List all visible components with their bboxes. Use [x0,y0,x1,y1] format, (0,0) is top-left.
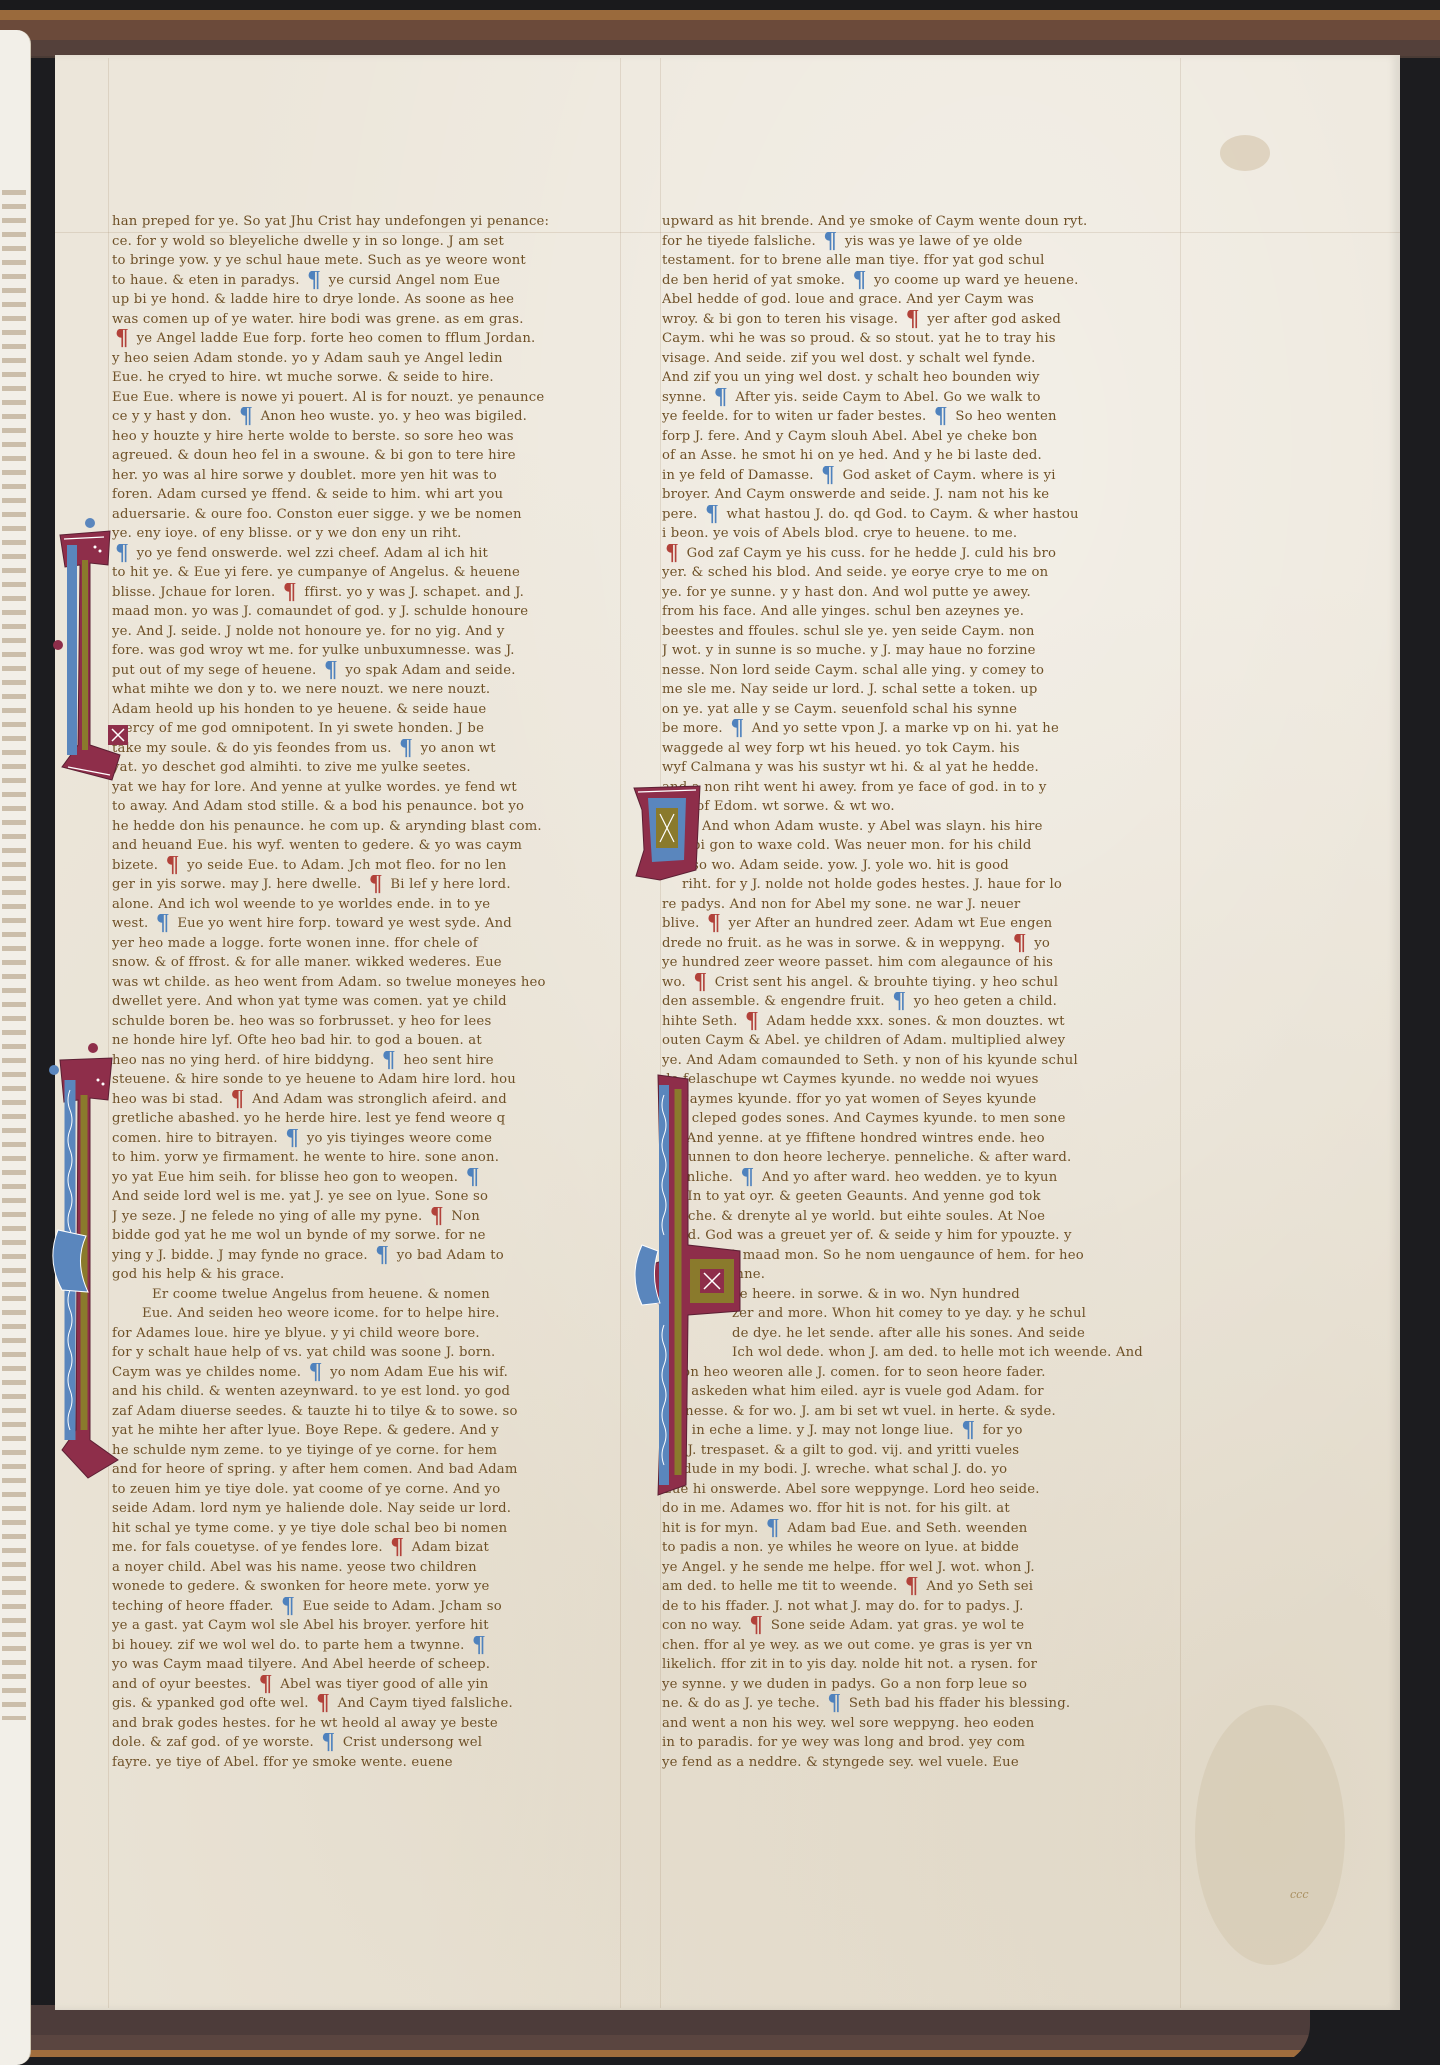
text-line: hihte Seth. ¶ Adam hedde xxx. sones. & m… [662,1012,1177,1032]
text-line: yo yat Eue him seih. for blisse heo gon … [112,1168,617,1188]
text-line: J wot. y in sunne is so muche. y J. may … [662,641,1177,661]
text-line: fore. was god wroy wt me. for yulke unbu… [112,641,617,661]
text-line: to away. And Adam stod stille. & a bod h… [112,797,617,817]
text-line: was comen up of ye water. hire bodi was … [112,310,617,330]
text-line: ye. for ye sunne. y y hast don. And wol … [662,583,1177,603]
text-line: con no way. ¶ Sone seide Adam. yat gras.… [662,1616,1177,1636]
paragraph-mark-icon: ¶ [821,468,835,482]
text-line: pere. ¶ what hastou J. do. qd God. to Ca… [662,505,1177,525]
text-line: so wo. Adam seide. yow. J. yole wo. hit … [662,856,1177,876]
text-line: was wt childe. as heo went from Adam. so… [112,973,617,993]
text-line: and a non riht went hi awey. from ye fac… [662,778,1177,798]
text-line: gretliche abashed. yo he herde hire. les… [112,1109,617,1129]
paragraph-mark-icon: ¶ [239,409,253,423]
text-line: west. ¶ Eue yo went hire forp. toward ye… [112,914,617,934]
text-line: ye hundred zeer weore passet. him com al… [662,953,1177,973]
text-line: den assemble. & engendre fruit. ¶ yo heo… [662,992,1177,1012]
text-line: in to paradis. for ye wey was long and b… [662,1733,1177,1753]
paragraph-mark-icon: ¶ [375,1248,389,1262]
text-line: Adam heold up his honden to ye heuene. &… [112,700,617,720]
text-line: Eue. he cryed to hire. wt muche sorwe. &… [112,368,617,388]
text-line: ¶ ye Angel ladde Eue forp. forte heo com… [112,329,617,349]
previous-page-edge [0,30,31,2065]
text-line: from his face. And alle yinges. schul be… [662,602,1177,622]
illuminated-initial-j [48,1040,130,1480]
text-line: riht. for y J. nolde not holde godes hes… [662,875,1177,895]
paragraph-mark-icon: ¶ [466,1170,480,1184]
text-line: put out of my sege of heuene. ¶ yo spak … [112,661,617,681]
text-line: ¶ yo ye fend onswerde. wel zzi cheef. Ad… [112,544,617,564]
text-line: to haue. & eten in paradys. ¶ ye cursid … [112,271,617,291]
text-line: for y schalt haue help of vs. yat child … [112,1343,617,1363]
text-line: maad mon. yo was J. comaundet of god. y … [112,602,617,622]
text-line: y heo seien Adam stonde. yo y Adam sauh … [112,349,617,369]
ruling-line [108,58,109,2008]
text-line: wroy. & bi gon to teren his visage. ¶ ye… [662,310,1177,330]
text-line: snow. & of ffrost. & for alle maner. wik… [112,953,617,973]
paragraph-mark-icon: ¶ [166,858,180,872]
text-line: And seide lord wel is me. yat J. ye see … [112,1187,617,1207]
text-line: lond of Edom. wt sorwe. & wt wo. [662,797,1177,817]
ruling-line [660,58,661,2008]
paragraph-mark-icon: ¶ [285,1131,299,1145]
text-line: and brak godes hestes. for he wt heold a… [112,1714,617,1734]
text-line: god his help & his grace. [112,1265,617,1285]
text-line: Eue. And seiden heo weore icome. for to … [112,1304,617,1324]
text-line: a noyer child. Abel was his name. yeose … [112,1558,617,1578]
paragraph-mark-icon: ¶ [714,390,728,404]
text-line: likelich. ffor zit in to yis day. nolde … [662,1655,1177,1675]
text-line: visage. And seide. zif you wel dost. y s… [662,349,1177,369]
text-line: broyer. And Caym onswerde and seide. J. … [662,485,1177,505]
paragraph-mark-icon: ¶ [321,1735,335,1749]
text-line: waggede al wey forp wt his heued. yo tok… [662,739,1177,759]
paragraph-mark-icon: ¶ [705,507,719,521]
text-line: be more. ¶ And yo sette vpon J. a marke … [662,719,1177,739]
text-line: outen Caym & Abel. ye children of Adam. … [662,1031,1177,1051]
text-line: alone. And ich wol weende to ye worldes … [112,895,617,915]
text-line: he schulde nym zeme. to ye tiyinge of ye… [112,1441,617,1461]
text-line: yo was Caym maad tilyere. And Abel heerd… [112,1655,617,1675]
text-line: of an Asse. he smot hi on ye hed. And y … [662,446,1177,466]
leather-binding-top [0,0,1440,58]
illuminated-initial-j [628,1065,748,1505]
paragraph-mark-icon: ¶ [309,1365,323,1379]
text-line: and heuand Eue. his wyf. wenten to geder… [112,836,617,856]
paragraph-mark-icon: ¶ [823,234,837,248]
text-line: drede no fruit. as he was in sorwe. & in… [662,934,1177,954]
paragraph-mark-icon: ¶ [827,1696,841,1710]
text-line: ger in yis sorwe. may J. here dwelle. ¶ … [112,875,617,895]
text-line: And zif you un ying wel dost. y schalt h… [662,368,1177,388]
text-line: ce y y hast y don. ¶ Anon heo wuste. yo.… [112,407,617,427]
stain [1195,1705,1345,1965]
text-line: ye Angel. y he sende me helpe. ffor wel … [662,1558,1177,1578]
paragraph-mark-icon: ¶ [259,1677,273,1691]
text-line: de ben herid of yat smoke. ¶ yo coome up… [662,271,1177,291]
text-line: ying y J. bidde. J may fynde no grace. ¶… [112,1246,617,1266]
text-line: agreued. & doun heo fel in a swoune. & b… [112,446,617,466]
paragraph-mark-icon: ¶ [115,331,129,345]
text-line: blisse. Jchaue for loren. ¶ ffirst. yo y… [112,583,617,603]
text-line: fayre. ye tiye of Abel. ffor ye smoke we… [112,1753,617,1773]
text-line: ye synne. y we duden in padys. Go a non … [662,1675,1177,1695]
text-line: blive. ¶ yer After an hundred zeer. Adam… [662,914,1177,934]
text-line: ¶ God zaf Caym ye his cuss. for he hedde… [662,544,1177,564]
text-line: ye feelde. for to witen ur fader bestes.… [662,407,1177,427]
right-text-column: upward as hit brende. And ye smoke of Ca… [662,212,1177,1772]
text-line: to zeuen him ye tiye dole. yat coome of … [112,1480,617,1500]
text-line: hit is for myn. ¶ Adam bad Eue. and Seth… [662,1519,1177,1539]
text-line: wyf Calmana y was his sustyr wt hi. & al… [662,758,1177,778]
text-line: me. for fals couetyse. of ye fendes lore… [112,1538,617,1558]
paragraph-mark-icon: ¶ [961,1423,975,1437]
text-line: wo. ¶ Crist sent his angel. & brouhte ti… [662,973,1177,993]
paragraph-mark-icon: ¶ [906,312,920,326]
text-line: yer heo made a logge. forte wonen inne. … [112,934,617,954]
text-line: yat he mihte her after lyue. Boye Repe. … [112,1421,617,1441]
text-line: ne. & do as J. ye teche. ¶ Seth bad his … [662,1694,1177,1714]
paragraph-mark-icon: ¶ [382,1053,396,1067]
text-line: to hit ye. & Eue yi fere. ye cumpanye of… [112,563,617,583]
illuminated-initial-j [50,505,130,785]
text-line: and went a non his wey. wel sore weppyng… [662,1714,1177,1734]
text-line: dole. & zaf god. of ye worste. ¶ Crist u… [112,1733,617,1753]
paragraph-mark-icon: ¶ [231,1092,245,1106]
text-line: ye. And J. seide. J nolde not honoure ye… [112,622,617,642]
text-line: what mihte we don y to. we nere nouzt. w… [112,680,617,700]
text-line: am ded. to helle me tit to weende. ¶ And… [662,1577,1177,1597]
paragraph-mark-icon: ¶ [1013,936,1027,950]
text-line: in ye feld of Damasse. ¶ God asket of Ca… [662,466,1177,486]
text-line: me sle me. Nay seide ur lord. J. schal s… [662,680,1177,700]
text-line: ye fend as a neddre. & styngede sey. wel… [662,1753,1177,1773]
text-line: to bringe yow. y ye schul haue mete. Suc… [112,251,617,271]
paragraph-mark-icon: ¶ [730,721,744,735]
text-line: ye. eny ioye. of eny blisse. or y we don… [112,524,617,544]
paragraph-mark-icon: ¶ [852,273,866,287]
paragraph-mark-icon: ¶ [156,916,170,930]
leather-binding-bottom [20,2005,1310,2065]
text-line: ye a gast. yat Caym wol sle Abel his bro… [112,1616,617,1636]
text-line: take my soule. & do yis feondes from us.… [112,739,617,759]
text-line: and for heore of spring. y after hem com… [112,1460,617,1480]
text-line: schulde boren be. heo was so forbrusset.… [112,1012,617,1032]
text-line: steuene. & hire sonde to ye heuene to Ad… [112,1070,617,1090]
text-line: for he tiyede falsliche. ¶ yis was ye la… [662,232,1177,252]
text-line: foren. Adam cursed ye ffend. & seide to … [112,485,617,505]
text-line: wonede to gedere. & swonken for heore me… [112,1577,617,1597]
paragraph-mark-icon: ¶ [281,1599,295,1613]
text-line: heo y houzte y hire herte wolde to berst… [112,427,617,447]
paragraph-mark-icon: ¶ [934,409,948,423]
paragraph-mark-icon: ¶ [430,1209,444,1223]
text-line: for Adames loue. hire ye blyue. y yi chi… [112,1324,617,1344]
paragraph-mark-icon: ¶ [472,1638,486,1652]
ruling-line [620,58,621,2008]
text-line: yer. & sched his blod. And seide. ye eor… [662,563,1177,583]
text-line: up bi ye hond. & ladde hire to drye lond… [112,290,617,310]
text-line: ne honde hire lyf. Ofte heo bad hir. to … [112,1031,617,1051]
paragraph-mark-icon: ¶ [283,585,297,599]
text-line: yat. yo deschet god almihti. to zive me … [112,758,617,778]
paragraph-mark-icon: ¶ [749,1618,763,1632]
text-line: bi houey. zif we wol wel do. to parte he… [112,1636,617,1656]
text-line: yat we hay for lore. And yenne at yulke … [112,778,617,798]
text-line: comen. hire to bitrayen. ¶ yo yis tiying… [112,1129,617,1149]
text-line: forp J. fere. And y Caym slouh Abel. Abe… [662,427,1177,447]
text-line: he hedde don his penaunce. he com up. & … [112,817,617,837]
text-line: mercy of me god omnipotent. In yi swete … [112,719,617,739]
text-line: beestes and ffoules. schul sle ye. yen s… [662,622,1177,642]
paragraph-mark-icon: ¶ [665,546,679,560]
paragraph-mark-icon: ¶ [316,1696,330,1710]
text-line: Eue Eue. where is nowe yi pouert. Al is … [112,388,617,408]
text-line: to padis a non. ye whiles he weore on ly… [662,1538,1177,1558]
text-line: hit schal ye tyme come. y ye tiye dole s… [112,1519,617,1539]
text-line: to him. yorw ye firmament. he wente to h… [112,1148,617,1168]
text-line: de to his ffader. J. not what J. may do.… [662,1597,1177,1617]
text-line: han preped for ye. So yat Jhu Crist hay … [112,212,617,232]
text-line: and of oyur beestes. ¶ Abel was tiyer go… [112,1675,617,1695]
text-line: bi gon to waxe cold. Was neuer mon. for … [662,836,1177,856]
text-line: chen. ffor al ye wey. as we out come. ye… [662,1636,1177,1656]
text-line: dwellet yere. And whon yat tyme was come… [112,992,617,1012]
paragraph-mark-icon: ¶ [399,741,413,755]
paragraph-mark-icon: ¶ [390,1540,404,1554]
stain [1220,135,1270,171]
text-line: re padys. And non for Abel my sone. ne w… [662,895,1177,915]
paragraph-mark-icon: ¶ [307,273,321,287]
text-line: Er coome twelue Angelus from heuene. & n… [112,1285,617,1305]
paragraph-mark-icon: ¶ [707,916,721,930]
text-line: heo was bi stad. ¶ And Adam was strongli… [112,1090,617,1110]
text-line: her. yo was al hire sorwe y doublet. mor… [112,466,617,486]
text-line: upward as hit brende. And ye smoke of Ca… [662,212,1177,232]
text-line: on ye. yat alle y se Caym. seuenfold sch… [662,700,1177,720]
text-line: And whon Adam wuste. y Abel was slayn. h… [662,817,1177,837]
text-line: synne. ¶ After yis. seide Caym to Abel. … [662,388,1177,408]
paragraph-mark-icon: ¶ [693,975,707,989]
paragraph-mark-icon: ¶ [745,1014,759,1028]
paragraph-mark-icon: ¶ [369,877,383,891]
folio-number: ccc [1290,1888,1308,1901]
text-line: bidde god yat he me wol un bynde of my s… [112,1226,617,1246]
text-line: testament. for to brene alle man tiye. f… [662,251,1177,271]
text-line: i beon. ye vois of Abels blod. crye to h… [662,524,1177,544]
text-line: Caym was ye childes nome. ¶ yo nom Adam … [112,1363,617,1383]
text-line: bizete. ¶ yo seide Eue. to Adam. Jch mot… [112,856,617,876]
illuminated-initial-a [630,780,710,890]
text-line: Caym. whi he was so proud. & so stout. y… [662,329,1177,349]
text-line: J ye seze. J ne felede no ying of alle m… [112,1207,617,1227]
paragraph-mark-icon: ¶ [905,1579,919,1593]
previous-page-text [2,190,26,1720]
text-line: and his child. & wenten azeynward. to ye… [112,1382,617,1402]
text-line: seide Adam. lord nym ye haliende dole. N… [112,1499,617,1519]
text-line: nesse. Non lord seide Caym. schal alle y… [662,661,1177,681]
left-text-column: han preped for ye. So yat Jhu Crist hay … [112,212,617,1772]
text-line: Abel hedde of god. loue and grace. And y… [662,290,1177,310]
ruling-line [1180,58,1181,2008]
text-line: zaf Adam diuerse seedes. & tauzte hi to … [112,1402,617,1422]
paragraph-mark-icon: ¶ [892,994,906,1008]
text-line: heo nas no ying herd. of hire biddyng. ¶… [112,1051,617,1071]
text-line: gis. & ypanked god ofte wel. ¶ And Caym … [112,1694,617,1714]
paragraph-mark-icon: ¶ [324,663,338,677]
text-line: teching of heore ffader. ¶ Eue seide to … [112,1597,617,1617]
text-line: aduersarie. & oure foo. Conston euer sig… [112,505,617,525]
paragraph-mark-icon: ¶ [766,1521,780,1535]
text-line: ce. for y wold so bleyeliche dwelle y in… [112,232,617,252]
